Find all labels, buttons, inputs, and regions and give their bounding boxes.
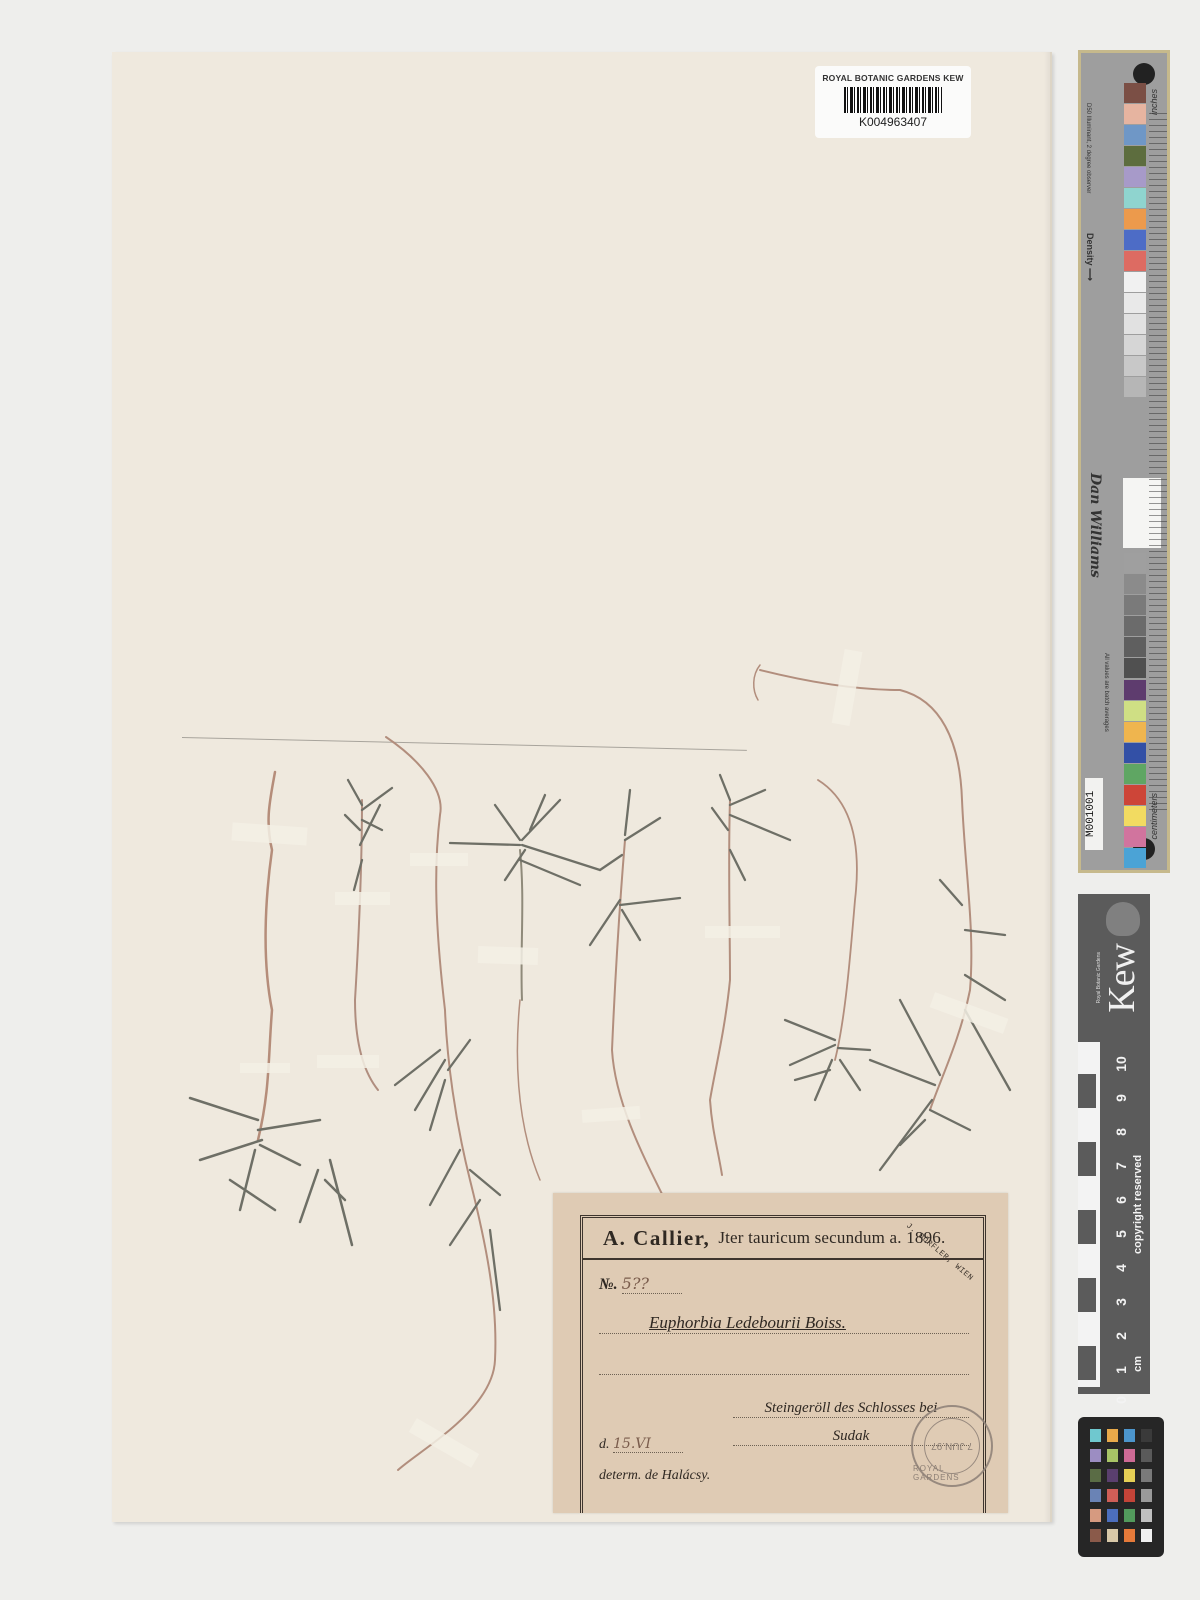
checker-swatch	[1124, 1469, 1135, 1482]
color-patch	[1124, 146, 1146, 166]
kew-scale-bar: Kew Royal Botanic Gardens 123456789100 c…	[1078, 894, 1150, 1394]
checker-swatch	[1090, 1529, 1101, 1542]
checker-swatch	[1141, 1529, 1152, 1542]
color-patch	[1124, 658, 1146, 678]
checker-swatch	[1124, 1489, 1135, 1502]
ruler-ticks	[1149, 113, 1167, 810]
color-patch	[1124, 377, 1146, 397]
collection-date: 15.VI	[613, 1436, 683, 1453]
serial-number: M001001	[1085, 778, 1103, 850]
color-patch	[1124, 167, 1146, 187]
scale-tick-label: 10	[1113, 1055, 1129, 1073]
checker-swatch	[1107, 1429, 1118, 1442]
checker-swatch	[1090, 1429, 1101, 1442]
blank-line	[599, 1358, 969, 1375]
scale-tick-label: 0	[1113, 1391, 1129, 1409]
illuminant-text: D50 Illuminant, 2 degree observer	[1085, 103, 1091, 193]
checker-swatch	[1141, 1429, 1152, 1442]
label-frame: A. Callier, Jter tauricum secundum a. 18…	[580, 1215, 986, 1513]
checker-swatch	[1090, 1509, 1101, 1522]
color-checker-card	[1078, 1417, 1164, 1557]
scale-tick-label: 8	[1113, 1123, 1129, 1141]
number-prefix: №.	[599, 1276, 618, 1293]
color-patch	[1124, 616, 1146, 636]
color-patch	[1124, 637, 1146, 657]
color-patch	[1124, 251, 1146, 271]
color-patch	[1124, 272, 1146, 292]
checker-swatch	[1141, 1509, 1152, 1522]
scale-tick-label: 9	[1113, 1089, 1129, 1107]
scale-tick-label: 7	[1113, 1157, 1129, 1175]
checker-swatch	[1141, 1449, 1152, 1462]
color-patch	[1124, 764, 1146, 784]
color-patch	[1124, 595, 1146, 615]
checker-swatch	[1124, 1429, 1135, 1442]
color-patch	[1124, 356, 1146, 376]
color-patch	[1124, 806, 1146, 826]
color-patch	[1124, 848, 1146, 868]
color-patch	[1124, 574, 1146, 594]
color-patch	[1124, 125, 1146, 145]
checker-swatch	[1107, 1469, 1118, 1482]
inches-label: inches	[1149, 89, 1159, 115]
batch-note: All values are batch averages	[1103, 653, 1109, 732]
scale-tick-label: 2	[1113, 1327, 1129, 1345]
taxon-name: Euphorbia Ledebourii Boiss.	[649, 1313, 846, 1332]
color-patch	[1124, 230, 1146, 250]
color-patch	[1124, 293, 1146, 313]
determiner: determ. de Halácsy.	[599, 1468, 710, 1484]
scale-tick-label: 5	[1113, 1225, 1129, 1243]
herbarium-stamp: 7 JUN.97 ROYAL GARDENS	[911, 1405, 993, 1487]
date-prefix: d.	[599, 1437, 610, 1452]
color-patch	[1124, 314, 1146, 334]
checker-swatch	[1090, 1449, 1101, 1462]
color-patch	[1124, 722, 1146, 742]
checker-swatch	[1107, 1489, 1118, 1502]
collection-label: A. Callier, Jter tauricum secundum a. 18…	[553, 1193, 1008, 1513]
scale-numbers: 123456789100	[1112, 1044, 1130, 1384]
scale-tick-label: 6	[1113, 1191, 1129, 1209]
color-calibration-bar: D50 Illuminant, 2 degree observer Densit…	[1078, 50, 1170, 873]
brand-logo: Dan Williams	[1087, 473, 1103, 578]
color-patch	[1124, 553, 1146, 573]
scale-tick-label: 1	[1113, 1361, 1129, 1379]
color-patch	[1124, 827, 1146, 847]
checker-swatch	[1090, 1469, 1101, 1482]
checker-swatch	[1107, 1529, 1118, 1542]
checker-swatch	[1107, 1449, 1118, 1462]
color-patch	[1124, 335, 1146, 355]
checker-swatch	[1107, 1509, 1118, 1522]
punch-hole	[1133, 63, 1155, 85]
color-patch	[1124, 83, 1146, 103]
checker-swatch	[1124, 1509, 1135, 1522]
kew-logo: Kew	[1100, 944, 1144, 1013]
unit-label: cm	[1132, 1356, 1144, 1372]
kew-crest-icon	[1106, 902, 1140, 936]
color-patch	[1124, 104, 1146, 124]
checker-swatch	[1124, 1449, 1135, 1462]
collector-name: A. Callier,	[603, 1226, 710, 1251]
density-label: Density ⟶	[1085, 233, 1095, 281]
checker-swatch	[1124, 1529, 1135, 1542]
color-patch	[1124, 701, 1146, 721]
color-patch	[1124, 680, 1146, 700]
checker-swatch	[1141, 1489, 1152, 1502]
kew-subtitle: Royal Botanic Gardens	[1096, 952, 1102, 1003]
stamp-text: ROYAL GARDENS	[913, 1464, 991, 1482]
color-patch	[1124, 188, 1146, 208]
color-patch	[1124, 785, 1146, 805]
scale-tick-label: 3	[1113, 1293, 1129, 1311]
color-patch	[1124, 209, 1146, 229]
copyright-text: copyright reserved	[1132, 1044, 1144, 1254]
checker-swatch	[1090, 1489, 1101, 1502]
color-patch	[1124, 743, 1146, 763]
checker-swatch	[1141, 1469, 1152, 1482]
scale-tick-label: 4	[1113, 1259, 1129, 1277]
scale-bar	[1078, 1042, 1100, 1387]
collection-number: 5??	[622, 1274, 682, 1294]
